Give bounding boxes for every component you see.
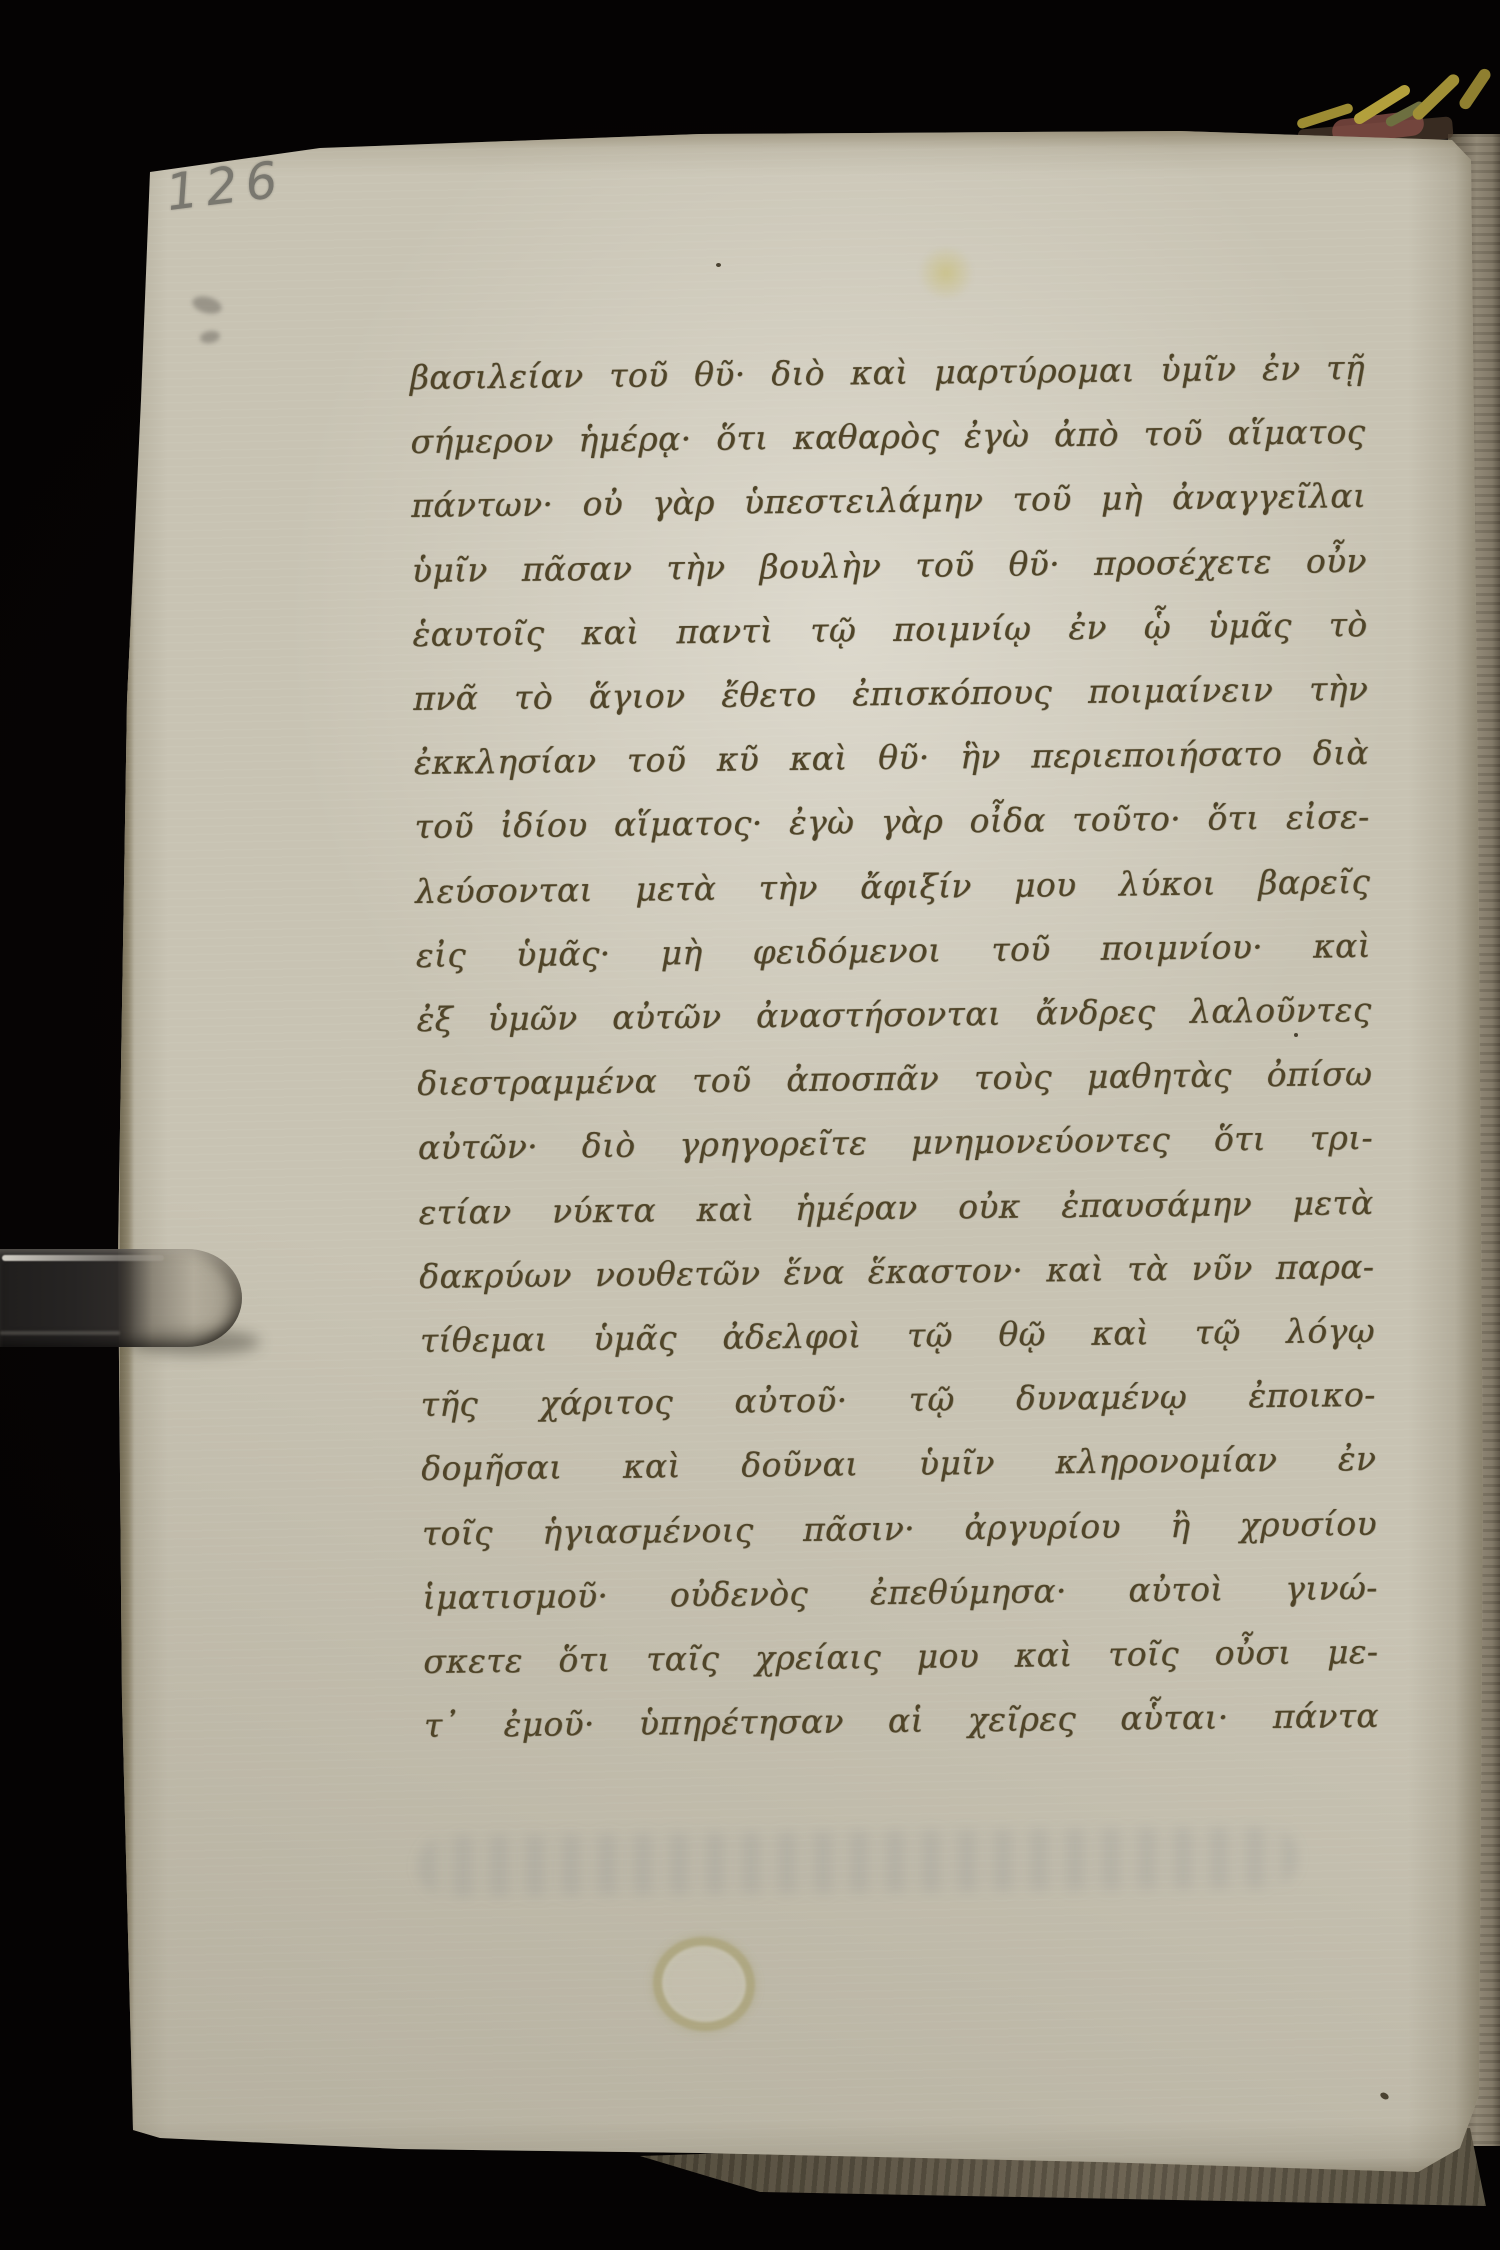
manuscript-line: τῆς χάριτος αὐτοῦ· τῷ δυναμένῳ ἐποικο- (420, 1375, 1375, 1429)
manuscript-line: λεύσονται μετὰ τὴν ἄφιξίν μου λύκοι βαρε… (415, 862, 1370, 916)
endband-thread-gold (1410, 72, 1461, 122)
manuscript-line: τοῦ ἰδίου αἵματος· ἐγὼ γὰρ οἶδα τοῦτο· ὅ… (414, 797, 1369, 851)
manuscript-line: ὑμῖν πᾶσαν τὴν βουλὴν τοῦ θῦ· προσέχετε … (412, 541, 1367, 595)
manuscript-line: αὐτῶν· διὸ γρηγορεῖτε μνημονεύοντες ὅτι … (418, 1118, 1373, 1172)
manuscript-line: διεστραμμένα τοῦ ἀποσπᾶν τοὺς μαθητὰς ὀπ… (417, 1054, 1372, 1108)
manuscript-line: ἐξ ὑμῶν αὐτῶν ἀναστήσονται ἄνδρες λαλοῦν… (416, 990, 1371, 1044)
manuscript-line: ἐκκλησίαν τοῦ κῦ καὶ θῦ· ἣν περιεποιήσατ… (414, 733, 1369, 787)
gutter-leaf-edges (120, 191, 134, 2126)
manuscript-line: τ᾽ ἐμοῦ· ὑπηρέτησαν αἱ χεῖρες αὗται· πάν… (424, 1696, 1379, 1750)
manuscript-line: εἰς ὑμᾶς· μὴ φειδόμενοι τοῦ ποιμνίου· κα… (416, 926, 1371, 980)
manuscript-line: σήμερον ἡμέρᾳ· ὅτι καθαρὸς ἐγὼ ἀπὸ τοῦ α… (410, 412, 1365, 466)
manuscript-page: 126 βασιλείαν τοῦ θῦ· διὸ καὶ μαρτύρομαι… (118, 131, 1483, 2180)
page-weight-highlight (0, 1331, 120, 1335)
manuscript-line: τίθεμαι ὑμᾶς ἀδελφοὶ τῷ θῷ καὶ τῷ λόγῳ (420, 1311, 1375, 1365)
text-block: βασιλείαν τοῦ θῦ· διὸ καὶ μαρτύρομαι ὑμῖ… (407, 121, 1385, 2180)
glass-page-weight (0, 1243, 252, 1357)
manuscript-line: πάντων· οὐ γὰρ ὑπεστειλάμην τοῦ μὴ ἀναγγ… (411, 476, 1366, 530)
manuscript-line: δακρύων νουθετῶν ἕνα ἕκαστον· καὶ τὰ νῦν… (419, 1247, 1374, 1301)
manuscript-line: βασιλείαν τοῦ θῦ· διὸ καὶ μαρτύρομαι ὑμῖ… (410, 348, 1365, 402)
manuscript-line: ἑαυτοῖς καὶ παντὶ τῷ ποιμνίῳ ἐν ᾧ ὑμᾶς τ… (412, 605, 1367, 659)
manuscript-line: τοῖς ἡγιασμένοις πᾶσιν· ἀργυρίου ἢ χρυσί… (422, 1504, 1377, 1558)
endband-thread-gold (1457, 67, 1493, 112)
folio-number: 126 (163, 150, 289, 222)
manuscript-line: δομῆσαι καὶ δοῦναι ὑμῖν κληρονομίαν ἐν (421, 1439, 1376, 1493)
manuscript-line: ἱματισμοῦ· οὐδενὸς ἐπεθύμησα· αὐτοὶ γινώ… (422, 1568, 1377, 1622)
page-weight-highlight (2, 1255, 164, 1261)
manuscript-photo: 126 βασιλείαν τοῦ θῦ· διὸ καὶ μαρτύρομαι… (0, 0, 1500, 2250)
manuscript-line: σκετε ὅτι ταῖς χρείαις μου καὶ τοῖς οὖσι… (423, 1632, 1378, 1686)
manuscript-line: ετίαν νύκτα καὶ ἡμέραν οὐκ ἐπαυσάμην μετ… (418, 1183, 1373, 1237)
pencil-smudge (199, 329, 221, 344)
pencil-smudge (190, 293, 223, 316)
manuscript-line: πνᾶ τὸ ἅγιον ἔθετο ἐπισκόπους ποιμαίνειν… (413, 669, 1368, 723)
